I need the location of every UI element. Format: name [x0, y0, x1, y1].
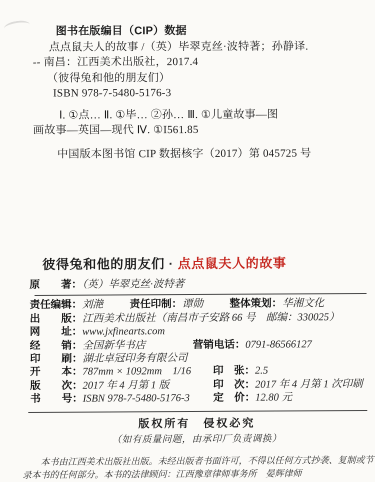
planning-label: 整体策划： — [230, 298, 283, 310]
scan-artifact — [3, 19, 30, 34]
publisher-value: 江西美术出版社（南昌市子安路 66 号 邮编：330025） — [82, 312, 339, 325]
row-isbn: 书 号：ISBN 978-7-5480-5176-3 定 价：12.80 元 — [30, 391, 363, 406]
printer-label: 印 刷： — [30, 353, 83, 365]
impression-label: 印 次： — [213, 378, 255, 390]
planning-value: 华湘文化 — [282, 299, 324, 310]
distribution-label: 经 销： — [30, 339, 83, 351]
isbn-label: 书 号： — [30, 393, 83, 405]
copyright-notice: 版权所有 侵权必究 — [30, 416, 363, 432]
sales-phone-pair: 营销电话：0791-86566127 — [193, 338, 312, 352]
divider-bottom — [28, 410, 367, 413]
print-supervisor-pair: 责任印制：谭勋 — [130, 298, 204, 312]
edition-value: 2017 年 4 月第 1 版 — [83, 380, 170, 392]
print-supervisor-value: 谭勋 — [182, 299, 203, 310]
cip-title-line: 点点鼠夫人的故事 /（英）毕翠克丝·波特著；孙静译. — [49, 39, 361, 56]
publisher-label: 出 版： — [30, 313, 83, 325]
distribution-value: 全国新华书店 — [82, 340, 145, 351]
cip-series-line: （彼得兔和他的朋友们） — [47, 70, 361, 87]
edition-label: 版 次： — [30, 380, 83, 392]
cip-publisher-line: -- 南昌：江西美术出版社，2017.4 — [33, 54, 361, 71]
series-title: 彼得兔和他的朋友们 — [42, 256, 164, 272]
scanned-copyright-page: 图书在版编目（CIP）数据 点点鼠夫人的故事 /（英）毕翠克丝·波特著；孙静译.… — [0, 0, 375, 482]
cip-record-line: 中国版本图书馆 CIP 数据核字（2017）第 045725 号 — [57, 146, 361, 163]
print-supervisor-label: 责任印制： — [130, 298, 183, 310]
book-title: 点点鼠夫人的故事 — [178, 255, 287, 271]
impression-value: 2017 年 4 月第 1 次印刷 — [255, 379, 363, 391]
cip-classification-line-1: Ⅰ. ①点… Ⅱ. ①毕… ②孙… Ⅲ. ①儿童故事—图 — [59, 107, 361, 124]
price-pair: 定 价：12.80 元 — [213, 392, 292, 406]
book-title-line: 彼得兔和他的朋友们·点点鼠夫人的故事 — [42, 254, 362, 273]
price-value: 12.80 元 — [255, 393, 292, 404]
website-label: 网 址： — [30, 326, 83, 338]
format-value: 787mm × 1092mm 1/16 — [82, 366, 191, 378]
divider-top — [35, 293, 367, 296]
planning-pair: 整体策划：华湘文化 — [230, 298, 325, 312]
website-value: www.jxfinearts.com — [82, 326, 165, 338]
format-label: 开 本： — [30, 366, 83, 378]
quality-note: （如有质量问题，由承印厂负责调换） — [30, 433, 363, 447]
row-author: 原 著：（英）毕翠克丝·波特著 — [29, 277, 362, 292]
cip-classification-line-2: 画故事—英国—现代 Ⅳ. ①I561.85 — [33, 122, 361, 139]
sheets-pair: 印 张：2.5 — [213, 365, 268, 379]
isbn-value: ISBN 978-7-5480-5176-3 — [83, 393, 190, 405]
sales-phone-label: 营销电话： — [193, 338, 246, 350]
legal-statement: 本书由江西美术出版社出版。未经出版者书面许可，不得以任何方式抄袭、复制或节录本书… — [23, 454, 374, 482]
sales-phone-value: 0791-86566127 — [245, 339, 312, 350]
cip-heading: 图书在版编目（CIP）数据 — [56, 23, 361, 40]
impression-pair: 印 次：2017 年 4 月第 1 次印刷 — [213, 378, 363, 392]
editor-label: 责任编辑： — [30, 299, 83, 311]
price-label: 定 价： — [213, 392, 255, 404]
title-separator: · — [169, 256, 174, 271]
sheets-value: 2.5 — [255, 366, 268, 377]
cip-block: 图书在版编目（CIP）数据 点点鼠夫人的故事 /（英）毕翠克丝·波特著；孙静译.… — [33, 23, 361, 162]
sheets-label: 印 张： — [213, 365, 255, 377]
cip-isbn-line: ISBN 978-7-5480-5176-3 — [53, 85, 361, 102]
printer-value: 湖北卓冠印务有限公司 — [82, 353, 187, 365]
colophon-block: 彼得兔和他的朋友们·点点鼠夫人的故事 原 著：（英）毕翠克丝·波特著 责任编辑：… — [29, 254, 363, 482]
author-value: （英）毕翠克丝·波特著 — [82, 279, 184, 291]
author-label: 原 著： — [29, 279, 82, 291]
editor-value: 刘滟 — [82, 300, 103, 311]
